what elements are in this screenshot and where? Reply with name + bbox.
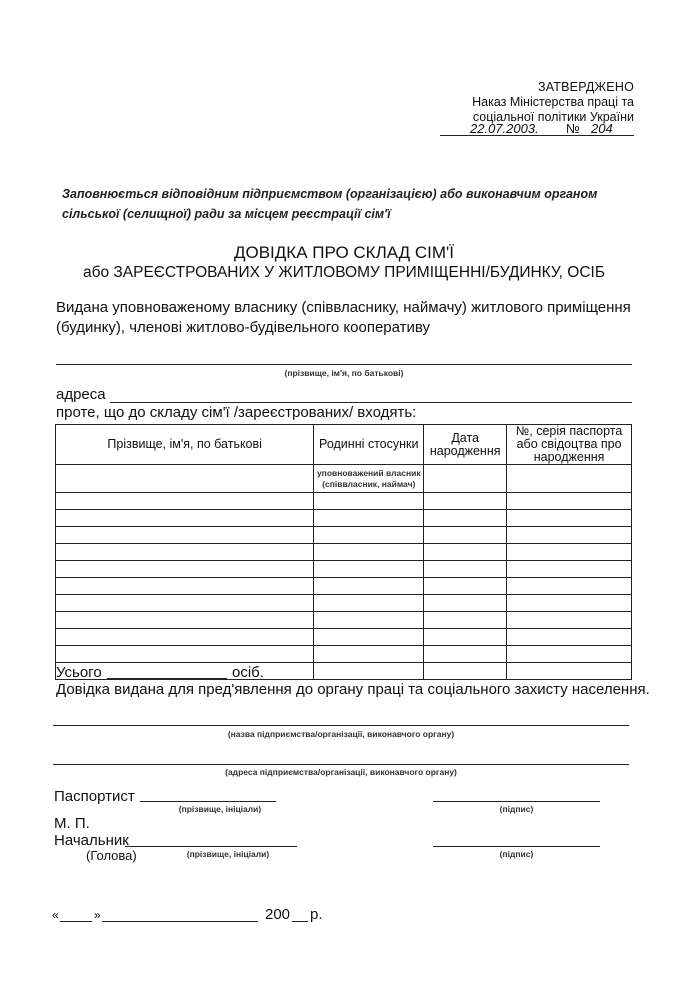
header-relation: Родинні стосунки [314, 425, 424, 465]
header-full-name: Прізвище, ім'я, по батькові [56, 425, 314, 465]
issued-to-text: Видана уповноваженому власнику (співвлас… [56, 298, 646, 338]
cell-birth-date[interactable] [424, 595, 507, 612]
total-count-field[interactable] [107, 678, 227, 679]
seal-label: М. П. [54, 815, 90, 832]
passport-officer-name-caption: (прізвище, ініціали) [160, 804, 280, 814]
owner-relation-line1: уповноважений власник [314, 468, 423, 479]
table-row [56, 663, 632, 680]
cell-relation[interactable] [314, 595, 424, 612]
cell-full-name[interactable] [56, 646, 314, 663]
cell-relation[interactable] [314, 544, 424, 561]
date-open-quote: « [52, 908, 59, 922]
document-subtitle: або ЗАРЕЄСТРОВАНИХ У ЖИТЛОВОМУ ПРИМІЩЕНН… [0, 264, 688, 282]
cell-full-name[interactable] [56, 544, 314, 561]
cell-full-name[interactable] [56, 578, 314, 595]
table-row [56, 646, 632, 663]
owner-relation-line2: (співвласник, наймач) [314, 479, 423, 490]
cell-relation-owner: уповноважений власник (співвласник, найм… [314, 465, 424, 493]
approval-number: 204 [591, 121, 613, 136]
total-label: Усього [56, 664, 102, 681]
table-row-owner: уповноважений власник (співвласник, найм… [56, 465, 632, 493]
cell-document-number[interactable] [507, 612, 632, 629]
table-row [56, 561, 632, 578]
cell-full-name[interactable] [56, 595, 314, 612]
cell-relation[interactable] [314, 561, 424, 578]
document-title: ДОВІДКА ПРО СКЛАД СІМ'Ї [0, 243, 688, 263]
table-row [56, 510, 632, 527]
cell-birth-date[interactable] [424, 612, 507, 629]
approval-underline [440, 135, 634, 136]
cell-document-number[interactable] [507, 561, 632, 578]
cell-document-number[interactable] [507, 527, 632, 544]
head-name-field[interactable] [125, 846, 297, 847]
passport-officer-name-field[interactable] [140, 801, 276, 802]
cell-birth-date[interactable] [424, 510, 507, 527]
approval-date: 22.07.2003. [470, 121, 539, 136]
cell-relation[interactable] [314, 527, 424, 544]
fill-instruction-note: Заповнюється відповідним підприємством (… [62, 184, 622, 224]
cell-full-name[interactable] [56, 612, 314, 629]
cell-full-name[interactable] [56, 561, 314, 578]
date-year-field[interactable] [292, 921, 308, 922]
cell-relation[interactable] [314, 578, 424, 595]
cell-birth-date[interactable] [424, 578, 507, 595]
cell-relation[interactable] [314, 493, 424, 510]
cell-birth-date[interactable] [424, 527, 507, 544]
approval-stamp: ЗАТВЕРДЖЕНО [472, 80, 634, 95]
full-name-caption: (прізвище, ім'я, по батькові) [56, 368, 632, 378]
cell-birth-date[interactable] [424, 646, 507, 663]
table-row [56, 612, 632, 629]
cell-document-number[interactable] [507, 493, 632, 510]
date-year-suffix: р. [310, 906, 323, 923]
cell-relation[interactable] [314, 629, 424, 646]
org-name-field[interactable] [53, 725, 629, 726]
head-label: Начальник [54, 832, 129, 849]
table-row [56, 595, 632, 612]
cell-relation[interactable] [314, 510, 424, 527]
cell-full-name[interactable] [56, 527, 314, 544]
cell-document-number[interactable] [507, 544, 632, 561]
cell-document-number[interactable] [507, 465, 632, 493]
cell-relation[interactable] [314, 646, 424, 663]
date-close-quote: » [94, 908, 101, 922]
approval-block: ЗАТВЕРДЖЕНО Наказ Міністерства праці та … [472, 80, 634, 125]
cell-full-name[interactable] [56, 629, 314, 646]
date-year-prefix: 200 [265, 906, 290, 923]
cell-birth-date[interactable] [424, 561, 507, 578]
table-row [56, 493, 632, 510]
head-sub-label: (Голова) [86, 848, 137, 863]
cell-full-name[interactable] [56, 510, 314, 527]
composition-label: проте, що до складу сім'ї /зареєстровани… [56, 404, 416, 421]
org-address-field[interactable] [53, 764, 629, 765]
cell-document-number[interactable] [507, 646, 632, 663]
address-label: адреса [56, 386, 106, 403]
org-name-caption: (назва підприємства/організації, виконав… [53, 729, 629, 739]
table-row [56, 578, 632, 595]
cell-birth-date[interactable] [424, 544, 507, 561]
head-signature-field[interactable] [433, 846, 600, 847]
head-signature-caption: (підпис) [433, 849, 600, 859]
family-members-table: Прізвище, ім'я, по батькові Родинні стос… [55, 424, 632, 680]
cell-full-name[interactable] [56, 465, 314, 493]
passport-officer-label: Паспортист [54, 788, 135, 805]
table-row [56, 544, 632, 561]
head-name-caption: (прізвище, ініціали) [168, 849, 288, 859]
cell-document-number[interactable] [507, 663, 632, 680]
cell-document-number[interactable] [507, 510, 632, 527]
cell-birth-date[interactable] [424, 663, 507, 680]
cell-document-number[interactable] [507, 595, 632, 612]
cell-birth-date[interactable] [424, 493, 507, 510]
passport-officer-signature-field[interactable] [433, 801, 600, 802]
approval-number-label: № [566, 121, 580, 136]
purpose-text: Довідка видана для пред'явлення до орган… [56, 681, 650, 698]
table-row [56, 527, 632, 544]
total-suffix: осіб. [232, 664, 264, 681]
org-address-caption: (адреса підприємства/організації, викона… [53, 767, 629, 777]
cell-document-number[interactable] [507, 629, 632, 646]
cell-relation[interactable] [314, 612, 424, 629]
header-document-number: №, серія паспорта або свідоцтва про наро… [507, 425, 632, 465]
table-header-row: Прізвище, ім'я, по батькові Родинні стос… [56, 425, 632, 465]
approval-order-line1: Наказ Міністерства праці та [472, 95, 634, 110]
date-day-field[interactable] [60, 921, 92, 922]
header-birth-date: Дата народження [424, 425, 507, 465]
cell-birth-date[interactable] [424, 629, 507, 646]
cell-relation[interactable] [314, 663, 424, 680]
passport-officer-signature-caption: (підпис) [433, 804, 600, 814]
table-row [56, 629, 632, 646]
cell-full-name[interactable] [56, 493, 314, 510]
cell-document-number[interactable] [507, 578, 632, 595]
address-field[interactable] [110, 402, 632, 403]
full-name-field[interactable] [56, 364, 632, 365]
cell-birth-date[interactable] [424, 465, 507, 493]
date-month-field[interactable] [102, 921, 258, 922]
